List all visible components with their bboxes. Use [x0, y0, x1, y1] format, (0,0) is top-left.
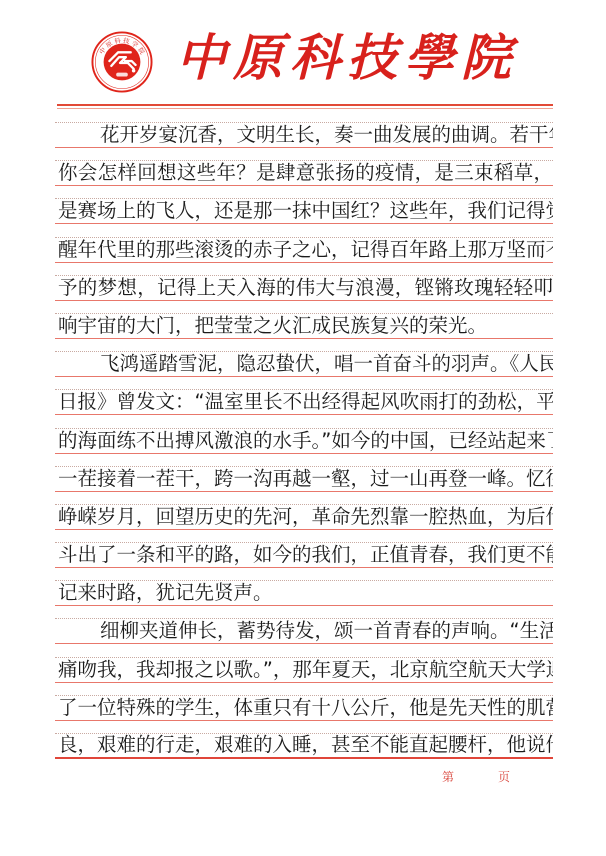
text-line: 响宇宙的大门，把莹莹之火汇成民族复兴的荣光。 [55, 313, 553, 351]
line-text: 峥嵘岁月，回望历史的先河，革命先烈靠一腔热血，为后代奋 [58, 506, 553, 528]
text-line: 飞鸿遥踏雪泥，隐忍蛰伏，唱一首奋斗的羽声。《人民 [55, 351, 553, 389]
text-line: 予的梦想，记得上天入海的伟大与浪漫，铿锵玫瑰轻轻叩 [55, 275, 553, 313]
text-line: 是赛场上的飞人，还是那一抹中国红？这些年，我们记得觉 [55, 198, 553, 236]
page-number-prefix: 第 [442, 768, 454, 785]
line-text: 一茬接着一茬干，跨一沟再越一壑，过一山再登一峰。忆往昔 [58, 468, 553, 490]
header-divider [57, 104, 553, 106]
line-text: 予的梦想，记得上天入海的伟大与浪漫，铿锵玫瑰轻轻叩 [58, 277, 553, 299]
line-text: 细柳夹道伸长，蓄势待发，颂一首青春的声响。“生活以 [100, 620, 553, 642]
text-line: 一茬接着一茬干，跨一沟再越一壑，过一山再登一峰。忆往昔 [55, 466, 553, 504]
line-text: 花开岁宴沉香，文明生长，奏一曲发展的曲调。若干年后， [100, 124, 553, 146]
line-text: 是赛场上的飞人，还是那一抹中国红？这些年，我们记得觉 [58, 200, 553, 222]
line-text: 响宇宙的大门，把莹莹之火汇成民族复兴的荣光。 [58, 315, 553, 337]
line-text: 你会怎样回想这些年？是肆意张扬的疫情，是三束稻草， [58, 162, 553, 184]
text-line: 你会怎样回想这些年？是肆意张扬的疫情，是三束稻草， [55, 160, 553, 198]
page-number-suffix: 页 [498, 768, 510, 785]
line-text: 记来时路，犹记先贤声。 [58, 582, 553, 604]
ruled-writing-sheet: 花开岁宴沉香，文明生长，奏一曲发展的曲调。若干年后， 你会怎样回想这些年？是肆意… [55, 122, 553, 771]
line-text: 了一位特殊的学生，体重只有十八公斤，他是先天性的肌营养不 [58, 697, 553, 719]
text-line: 细柳夹道伸长，蓄势待发，颂一首青春的声响。“生活以 [55, 618, 553, 656]
text-line: 了一位特殊的学生，体重只有十八公斤，他是先天性的肌营养不 [55, 695, 553, 733]
text-line: 痛吻我，我却报之以歌。”，那年夏天，北京航空航天大学迎来 [55, 657, 553, 695]
text-line: 峥嵘岁月，回望历史的先河，革命先烈靠一腔热血，为后代奋 [55, 504, 553, 542]
school-emblem-icon: 中 原 科 技 学 院 [91, 31, 153, 93]
line-text: 飞鸿遥踏雪泥，隐忍蛰伏，唱一首奋斗的羽声。《人民 [100, 353, 553, 375]
line-text: 日报》曾发文：“温室里长不出经得起风吹雨打的劲松，平静 [58, 391, 553, 413]
text-line: 花开岁宴沉香，文明生长，奏一曲发展的曲调。若干年后， [55, 122, 553, 160]
text-line: 醒年代里的那些滚烫的赤子之心，记得百年路上那万坚而不 [55, 237, 553, 275]
line-text: 良，艰难的行走，艰难的入睡，甚至不能直起腰杆，他说他 [58, 734, 553, 756]
header-divider-thin [57, 108, 553, 109]
line-text: 醒年代里的那些滚烫的赤子之心，记得百年路上那万坚而不 [58, 239, 553, 261]
text-line: 记来时路，犹记先贤声。 [55, 580, 553, 618]
text-line: 斗出了一条和平的路，如今的我们，正值青春，我们更不能忘 [55, 542, 553, 580]
line-text: 的海面练不出搏风激浪的水手。”如今的中国，已经站起来了， [58, 430, 553, 452]
text-line: 的海面练不出搏风激浪的水手。”如今的中国，已经站起来了， [55, 428, 553, 466]
text-line: 良，艰难的行走，艰难的入睡，甚至不能直起腰杆，他说他 [55, 733, 553, 771]
line-text: 痛吻我，我却报之以歌。”，那年夏天，北京航空航天大学迎来 [58, 659, 553, 681]
line-text: 斗出了一条和平的路，如今的我们，正值青春，我们更不能忘 [58, 544, 553, 566]
text-line: 日报》曾发文：“温室里长不出经得起风吹雨打的劲松，平静 [55, 389, 553, 427]
school-name-title: 中原科技學院 [176, 28, 518, 88]
